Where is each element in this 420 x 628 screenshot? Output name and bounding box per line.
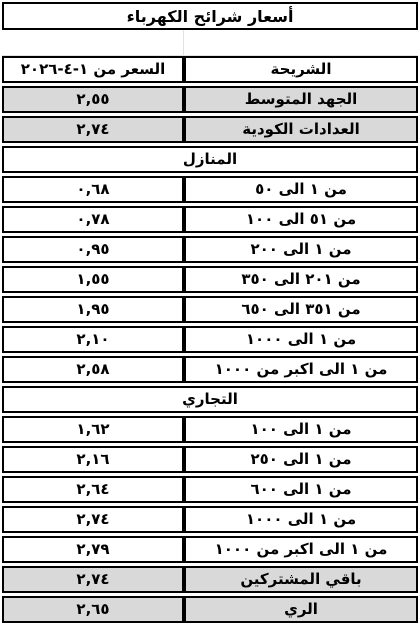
table-row: من ٥١ الى ١٠٠ ٠,٧٨ bbox=[2, 206, 418, 233]
row-label-cell: باقي المشتركين bbox=[184, 566, 418, 593]
row-label-cell: من ١ الى ٢٠٠ bbox=[184, 236, 418, 263]
row-price-cell: ١,٩٥ bbox=[2, 296, 184, 323]
table-header-row: الشريحة السعر من ١-٤-٢٠٢٦ bbox=[2, 56, 418, 83]
row-label-cell: الجهد المتوسط bbox=[184, 86, 418, 113]
row-label-cell: الري bbox=[184, 596, 418, 623]
row-label-cell: من ١ الى ٦٠٠ bbox=[184, 476, 418, 503]
section-row: التجاري bbox=[2, 386, 418, 413]
header-tier-cell: الشريحة bbox=[184, 56, 418, 83]
row-label-cell: من ١ الى اكبر من ١٠٠٠ bbox=[184, 536, 418, 563]
row-price-cell: ٠,٩٥ bbox=[2, 236, 184, 263]
row-price-cell: ٢,٧٤ bbox=[2, 506, 184, 533]
row-price-cell: ٢,٧٤ bbox=[2, 116, 184, 143]
row-price-cell: ١,٦٢ bbox=[2, 416, 184, 443]
row-label-cell: العدادات الكودية bbox=[184, 116, 418, 143]
row-price-cell: ٢,٦٤ bbox=[2, 476, 184, 503]
table-row: من ١ الى ١٠٠ ١,٦٢ bbox=[2, 416, 418, 443]
row-label-cell: من ١ الى ٢٥٠ bbox=[184, 446, 418, 473]
row-price-cell: ٢,٥٥ bbox=[2, 86, 184, 113]
section-label-cell: التجاري bbox=[2, 386, 418, 413]
table-row: من ١ الى ١٠٠٠ ٢,١٠ bbox=[2, 326, 418, 353]
row-label-cell: من ١ الى ٥٠ bbox=[184, 176, 418, 203]
table-row: من ١ الى اكبر من ١٠٠٠ ٢,٧٩ bbox=[2, 536, 418, 563]
table-row: من ١ الى ١٠٠٠ ٢,٧٤ bbox=[2, 506, 418, 533]
table-row: من ١ الى اكبر من ١٠٠٠ ٢,٥٨ bbox=[2, 356, 418, 383]
table-row: باقي المشتركين ٢,٧٤ bbox=[2, 566, 418, 593]
row-label-cell: من ٥١ الى ١٠٠ bbox=[184, 206, 418, 233]
row-price-cell: ٢,٥٨ bbox=[2, 356, 184, 383]
table-row: من ٢٠١ الى ٣٥٠ ١,٥٥ bbox=[2, 266, 418, 293]
row-price-cell: ٢,١٠ bbox=[2, 326, 184, 353]
row-label-cell: من ٢٠١ الى ٣٥٠ bbox=[184, 266, 418, 293]
table-row: من ١ الى ٥٠ ٠,٦٨ bbox=[2, 176, 418, 203]
header-price-cell: السعر من ١-٤-٢٠٢٦ bbox=[2, 56, 184, 83]
table-row: من ١ الى ٢٠٠ ٠,٩٥ bbox=[2, 236, 418, 263]
page-title: أسعار شرائح الكهرباء bbox=[2, 2, 418, 30]
row-price-cell: ٢,١٦ bbox=[2, 446, 184, 473]
page-root: أسعار شرائح الكهرباء الشريحة السعر من ١-… bbox=[0, 0, 420, 628]
row-label-cell: من ٣٥١ الى ٦٥٠ bbox=[184, 296, 418, 323]
table-row: من ١ الى ٢٥٠ ٢,١٦ bbox=[2, 446, 418, 473]
table-row: الجهد المتوسط ٢,٥٥ bbox=[2, 86, 418, 113]
row-price-cell: ٠,٧٨ bbox=[2, 206, 184, 233]
row-price-cell: ١,٥٥ bbox=[2, 266, 184, 293]
row-label-cell: من ١ الى ١٠٠ bbox=[184, 416, 418, 443]
row-label-cell: من ١ الى ١٠٠٠ bbox=[184, 326, 418, 353]
row-price-cell: ٢,٧٤ bbox=[2, 566, 184, 593]
row-price-cell: ٠,٦٨ bbox=[2, 176, 184, 203]
faint-gridline bbox=[183, 30, 184, 55]
section-label-cell: المنازل bbox=[2, 146, 418, 173]
section-row: المنازل bbox=[2, 146, 418, 173]
row-label-cell: من ١ الى اكبر من ١٠٠٠ bbox=[184, 356, 418, 383]
row-price-cell: ٢,٧٩ bbox=[2, 536, 184, 563]
row-price-cell: ٢,٦٥ bbox=[2, 596, 184, 623]
table-row: من ٣٥١ الى ٦٥٠ ١,٩٥ bbox=[2, 296, 418, 323]
row-label-cell: من ١ الى ١٠٠٠ bbox=[184, 506, 418, 533]
table-body: الجهد المتوسط ٢,٥٥ العدادات الكودية ٢,٧٤… bbox=[2, 86, 418, 623]
table-row: العدادات الكودية ٢,٧٤ bbox=[2, 116, 418, 143]
table-row: من ١ الى ٦٠٠ ٢,٦٤ bbox=[2, 476, 418, 503]
table-row: الري ٢,٦٥ bbox=[2, 596, 418, 623]
spacer-row bbox=[2, 30, 418, 56]
